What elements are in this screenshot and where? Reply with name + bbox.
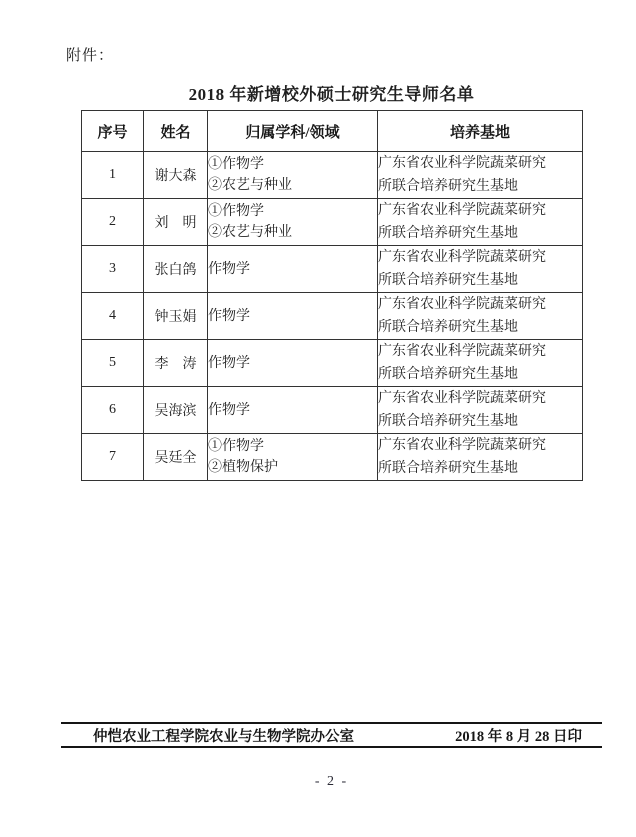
- base-line: 广东省农业科学院蔬菜研究: [378, 434, 582, 457]
- col-header-name: 姓名: [144, 111, 208, 152]
- cell-subject-field: 作物学: [208, 387, 378, 434]
- col-header-no: 序号: [82, 111, 144, 152]
- cell-name: 刘 明: [144, 199, 208, 246]
- cell-serial-number: 6: [82, 387, 144, 434]
- base-line: 广东省农业科学院蔬菜研究: [378, 387, 582, 410]
- subject-line: ②植物保护: [208, 457, 377, 478]
- col-header-base: 培养基地: [378, 111, 583, 152]
- table-row: 4钟玉娟作物学广东省农业科学院蔬菜研究所联合培养研究生基地: [82, 293, 583, 340]
- table-row: 5李 涛作物学广东省农业科学院蔬菜研究所联合培养研究生基地: [82, 340, 583, 387]
- cell-subject-field: 作物学: [208, 293, 378, 340]
- table-row: 6吴海滨作物学广东省农业科学院蔬菜研究所联合培养研究生基地: [82, 387, 583, 434]
- cell-serial-number: 5: [82, 340, 144, 387]
- cell-subject-field: 作物学: [208, 246, 378, 293]
- cell-training-base: 广东省农业科学院蔬菜研究所联合培养研究生基地: [378, 152, 583, 199]
- supervisor-table: 序号 姓名 归属学科/领域 培养基地 1谢大森①作物学②农艺与种业广东省农业科学…: [81, 110, 583, 481]
- cell-subject-field: ①作物学②农艺与种业: [208, 199, 378, 246]
- cell-training-base: 广东省农业科学院蔬菜研究所联合培养研究生基地: [378, 246, 583, 293]
- footer-bar: 仲恺农业工程学院农业与生物学院办公室 2018 年 8 月 28 日印: [61, 722, 602, 748]
- table-row: 1谢大森①作物学②农艺与种业广东省农业科学院蔬菜研究所联合培养研究生基地: [82, 152, 583, 199]
- cell-serial-number: 4: [82, 293, 144, 340]
- footer-office: 仲恺农业工程学院农业与生物学院办公室: [93, 725, 354, 746]
- cell-name: 谢大森: [144, 152, 208, 199]
- subject-line: 作物学: [208, 353, 377, 374]
- cell-training-base: 广东省农业科学院蔬菜研究所联合培养研究生基地: [378, 199, 583, 246]
- attachment-label: 附件：: [66, 44, 114, 65]
- table-body: 1谢大森①作物学②农艺与种业广东省农业科学院蔬菜研究所联合培养研究生基地2刘 明…: [82, 152, 583, 481]
- subject-line: ①作物学: [208, 436, 377, 457]
- cell-name: 李 涛: [144, 340, 208, 387]
- base-line: 广东省农业科学院蔬菜研究: [378, 152, 582, 175]
- table-row: 3张白鸽作物学广东省农业科学院蔬菜研究所联合培养研究生基地: [82, 246, 583, 293]
- cell-serial-number: 3: [82, 246, 144, 293]
- cell-subject-field: ①作物学②农艺与种业: [208, 152, 378, 199]
- base-line: 所联合培养研究生基地: [378, 457, 582, 480]
- base-line: 广东省农业科学院蔬菜研究: [378, 293, 582, 316]
- cell-training-base: 广东省农业科学院蔬菜研究所联合培养研究生基地: [378, 293, 583, 340]
- page-title: 2018 年新增校外硕士研究生导师名单: [81, 80, 582, 105]
- base-line: 所联合培养研究生基地: [378, 269, 582, 292]
- base-line: 所联合培养研究生基地: [378, 175, 582, 198]
- subject-line: 作物学: [208, 400, 377, 421]
- cell-serial-number: 7: [82, 434, 144, 481]
- base-line: 广东省农业科学院蔬菜研究: [378, 246, 582, 269]
- document-page: 附件： 2018 年新增校外硕士研究生导师名单 序号 姓名 归属学科/领域 培养…: [0, 0, 636, 837]
- footer-date: 2018 年 8 月 28 日印: [455, 725, 582, 746]
- cell-name: 钟玉娟: [144, 293, 208, 340]
- cell-name: 张白鸽: [144, 246, 208, 293]
- subject-line: 作物学: [208, 259, 377, 280]
- table-row: 7吴廷全①作物学②植物保护广东省农业科学院蔬菜研究所联合培养研究生基地: [82, 434, 583, 481]
- subject-line: ①作物学: [208, 154, 377, 175]
- cell-training-base: 广东省农业科学院蔬菜研究所联合培养研究生基地: [378, 340, 583, 387]
- subject-line: ②农艺与种业: [208, 222, 377, 243]
- table-header-row: 序号 姓名 归属学科/领域 培养基地: [82, 111, 583, 152]
- cell-training-base: 广东省农业科学院蔬菜研究所联合培养研究生基地: [378, 387, 583, 434]
- cell-subject-field: ①作物学②植物保护: [208, 434, 378, 481]
- subject-line: ②农艺与种业: [208, 175, 377, 196]
- table-row: 2刘 明①作物学②农艺与种业广东省农业科学院蔬菜研究所联合培养研究生基地: [82, 199, 583, 246]
- page-number: - 2 -: [61, 774, 602, 790]
- base-line: 所联合培养研究生基地: [378, 410, 582, 433]
- col-header-subject: 归属学科/领域: [208, 111, 378, 152]
- cell-serial-number: 2: [82, 199, 144, 246]
- cell-serial-number: 1: [82, 152, 144, 199]
- base-line: 广东省农业科学院蔬菜研究: [378, 199, 582, 222]
- base-line: 所联合培养研究生基地: [378, 363, 582, 386]
- base-line: 所联合培养研究生基地: [378, 222, 582, 245]
- cell-training-base: 广东省农业科学院蔬菜研究所联合培养研究生基地: [378, 434, 583, 481]
- subject-line: ①作物学: [208, 201, 377, 222]
- cell-subject-field: 作物学: [208, 340, 378, 387]
- base-line: 所联合培养研究生基地: [378, 316, 582, 339]
- cell-name: 吴廷全: [144, 434, 208, 481]
- base-line: 广东省农业科学院蔬菜研究: [378, 340, 582, 363]
- cell-name: 吴海滨: [144, 387, 208, 434]
- subject-line: 作物学: [208, 306, 377, 327]
